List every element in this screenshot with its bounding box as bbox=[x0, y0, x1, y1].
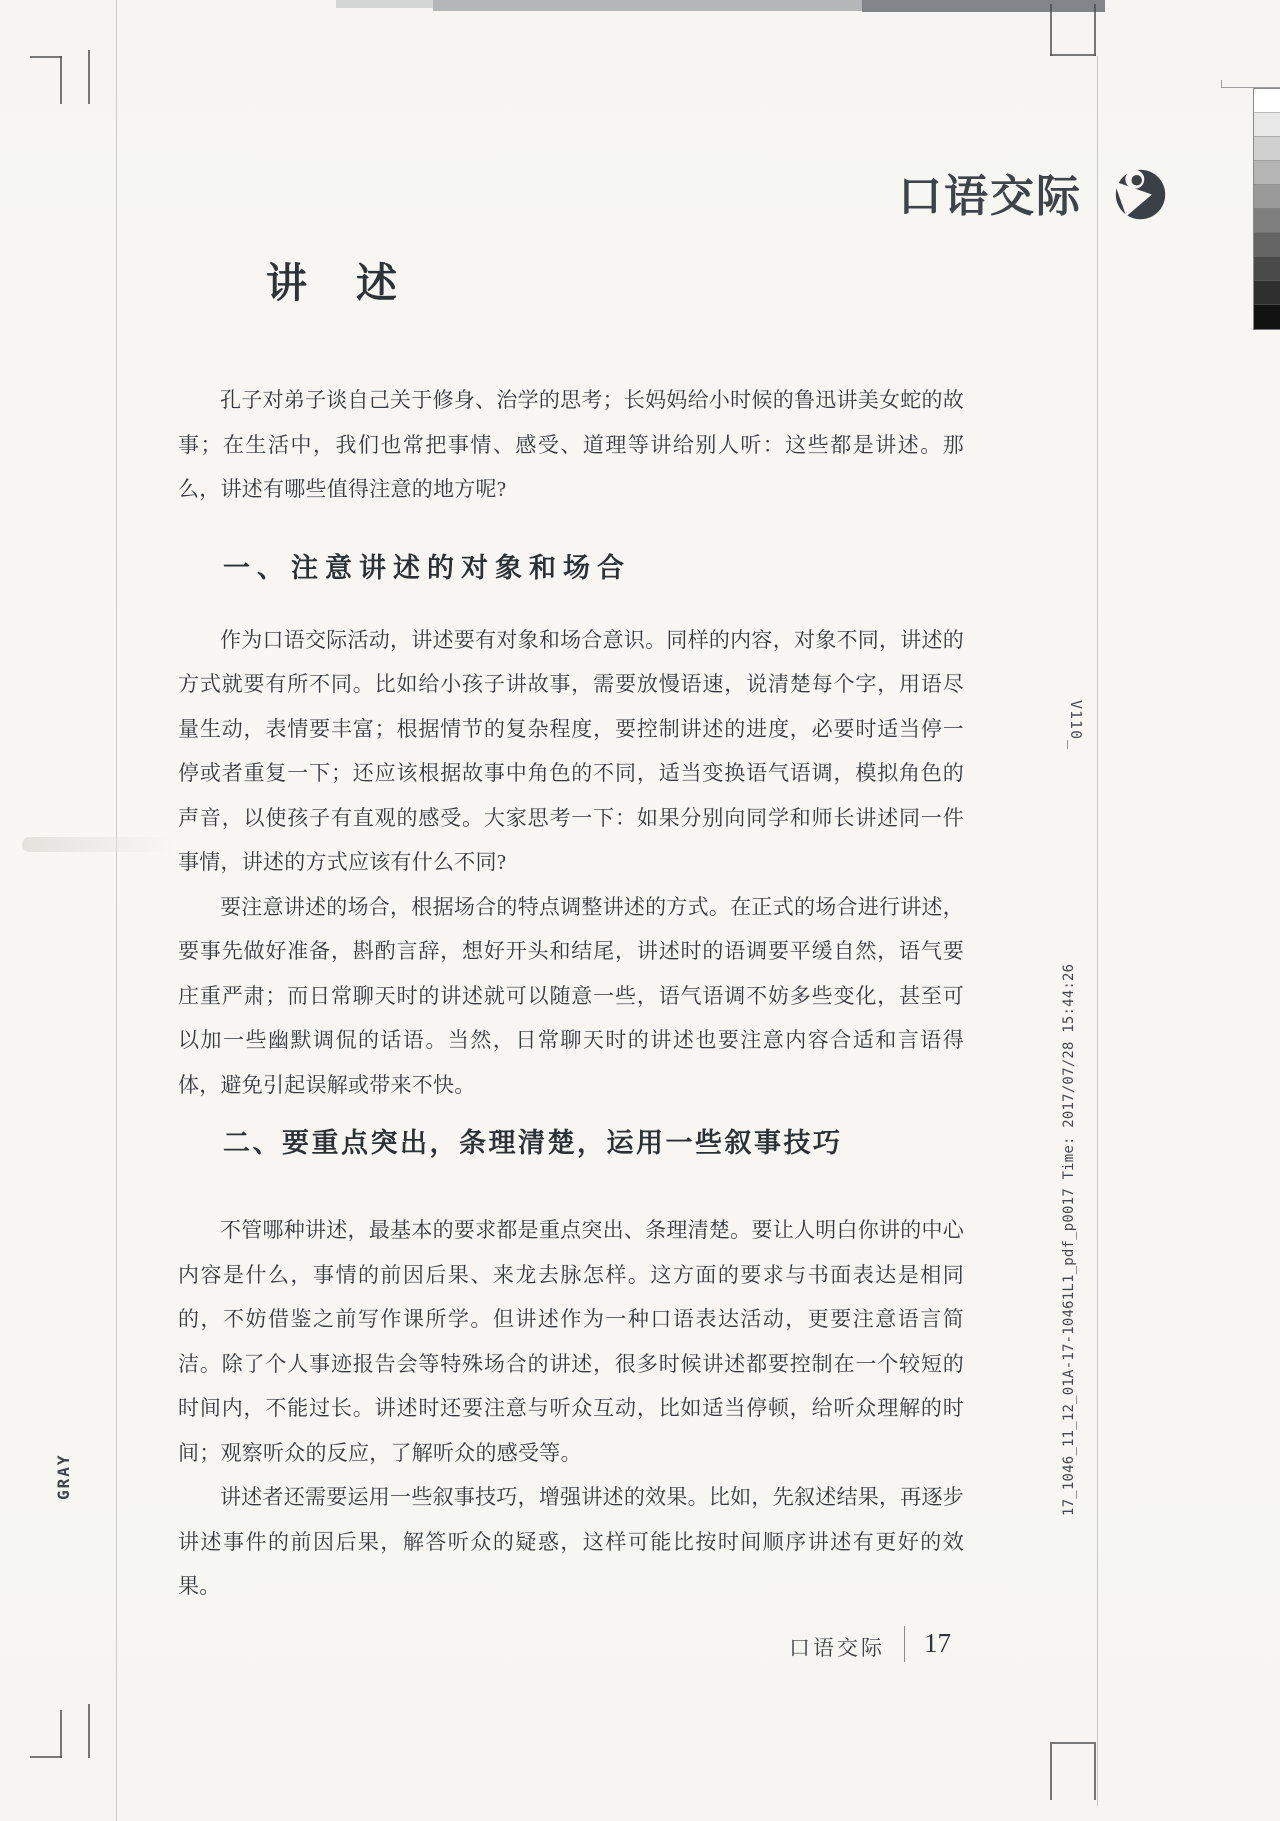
grayscale-step bbox=[1254, 281, 1280, 305]
speech-face-icon bbox=[1112, 166, 1169, 223]
footer-divider bbox=[904, 1626, 905, 1662]
crop-mark-top-left bbox=[88, 50, 90, 104]
intro-paragraph: 孔子对弟子谈自己关于修身、治学的思考；长妈妈给小时候的鲁迅讲美女蛇的故事；在生活… bbox=[178, 378, 964, 512]
grayscale-step bbox=[1254, 113, 1280, 137]
margin-code-stamp: V110_ bbox=[1067, 700, 1085, 750]
page-title: 讲 述 bbox=[266, 250, 401, 309]
scan-smudge bbox=[22, 837, 174, 852]
page-edge-line-right bbox=[1097, 56, 1098, 1806]
grayscale-step bbox=[1254, 209, 1280, 233]
section-heading-2: 二、要重点突出，条理清楚，运用一些叙事技巧 bbox=[223, 1123, 964, 1163]
grayscale-bar-tick bbox=[1221, 80, 1222, 88]
scan-artifact-band bbox=[862, 0, 1105, 12]
crop-mark-bottom-left bbox=[30, 1756, 62, 1758]
grayscale-step bbox=[1254, 185, 1280, 209]
grayscale-step bbox=[1254, 233, 1280, 257]
grayscale-step bbox=[1254, 89, 1280, 113]
section-2-paragraph: 讲述者还需要运用一些叙事技巧，增强讲述的效果。比如，先叙述结果，再逐步讲述事件的… bbox=[178, 1475, 964, 1609]
crop-mark-top-right bbox=[1094, 4, 1096, 56]
footer-page-number: 17 bbox=[924, 1628, 951, 1659]
crop-mark-bottom-right bbox=[1050, 1742, 1096, 1744]
scan-artifact-band bbox=[433, 0, 863, 11]
footer-section-label: 口语交际 bbox=[789, 1632, 885, 1662]
gray-label-stamp: GRAY bbox=[54, 1453, 73, 1500]
file-info-stamp: 17_1046_11_12_01A-17-10461L1_pdf_p0017 T… bbox=[1061, 964, 1077, 1516]
crop-mark-top-right bbox=[1050, 4, 1052, 56]
section-2-paragraph: 不管哪种讲述，最基本的要求都是重点突出、条理清楚。要让人明白你讲的中心内容是什么… bbox=[178, 1208, 964, 1475]
grayscale-step bbox=[1254, 257, 1280, 281]
crop-mark-bottom-left bbox=[60, 1710, 62, 1758]
scan-artifact-band bbox=[336, 0, 433, 8]
section-1-paragraph: 作为口语交际活动，讲述要有对象和场合意识。同样的内容，对象不同，讲述的方式就要有… bbox=[178, 618, 964, 885]
main-text-column: 孔子对弟子谈自己关于修身、治学的思考；长妈妈给小时候的鲁迅讲美女蛇的故事；在生活… bbox=[178, 378, 964, 1609]
grayscale-step bbox=[1254, 137, 1280, 161]
crop-mark-top-right bbox=[1050, 54, 1096, 56]
unit-header-label: 口语交际 bbox=[898, 160, 1082, 224]
crop-mark-bottom-right bbox=[1094, 1744, 1096, 1800]
page-edge-line-left bbox=[116, 0, 117, 1821]
grayscale-step bbox=[1254, 305, 1280, 329]
crop-mark-bottom-right bbox=[1050, 1744, 1052, 1800]
grayscale-step bbox=[1254, 161, 1280, 185]
crop-mark-top-left bbox=[60, 56, 62, 104]
crop-mark-bottom-left bbox=[88, 1704, 90, 1758]
section-1-paragraph: 要注意讲述的场合，根据场合的特点调整讲述的方式。在正式的场合进行讲述，要事先做好… bbox=[178, 885, 964, 1108]
section-heading-1: 一、注意讲述的对象和场合 bbox=[223, 548, 964, 588]
crop-mark-top-left bbox=[30, 56, 62, 58]
grayscale-bar bbox=[1253, 88, 1280, 330]
